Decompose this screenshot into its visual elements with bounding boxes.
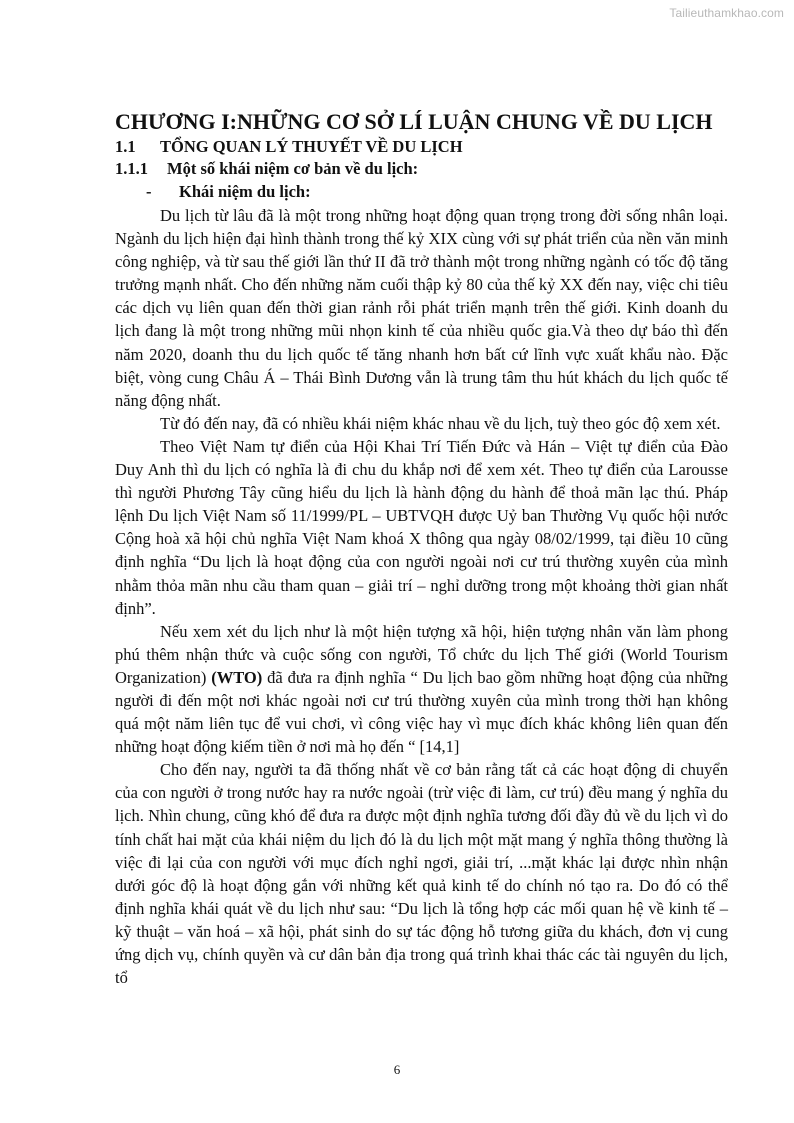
subsection-number: 1.1.1 [115, 158, 167, 180]
subsection-title: Một số khái niệm cơ bản về du lịch: [167, 159, 418, 178]
section-number: 1.1 [115, 136, 160, 158]
section-heading: 1.1TỔNG QUAN LÝ THUYẾT VỀ DU LỊCH [115, 136, 728, 158]
wto-abbreviation: (WTO) [211, 668, 262, 687]
bullet-marker: - [115, 180, 179, 204]
watermark: Tailieuthamkhao.com [669, 6, 784, 20]
subsection-heading: 1.1.1Một số khái niệm cơ bản về du lịch: [115, 158, 728, 180]
page-number: 6 [0, 1062, 794, 1078]
paragraph-wto-definition: Nếu xem xét du lịch như là một hiện tượn… [115, 620, 728, 759]
paragraph-concepts: Từ đó đến nay, đã có nhiều khái niệm khá… [115, 412, 728, 435]
document-page: CHƯƠNG I:NHỮNG CƠ SỞ LÍ LUẬN CHUNG VỀ DU… [115, 108, 728, 989]
bullet-heading-title: Khái niệm du lịch: [179, 182, 311, 201]
paragraph-general-definition: Cho đến nay, người ta đã thống nhất về c… [115, 758, 728, 989]
bullet-heading: -Khái niệm du lịch: [115, 180, 728, 204]
paragraph-dictionary-definitions: Theo Việt Nam tự điển của Hội Khai Trí T… [115, 435, 728, 620]
chapter-title: CHƯƠNG I:NHỮNG CƠ SỞ LÍ LUẬN CHUNG VỀ DU… [115, 108, 728, 136]
paragraph-intro: Du lịch từ lâu đã là một trong những hoạ… [115, 204, 728, 412]
section-title: TỔNG QUAN LÝ THUYẾT VỀ DU LỊCH [160, 137, 463, 156]
